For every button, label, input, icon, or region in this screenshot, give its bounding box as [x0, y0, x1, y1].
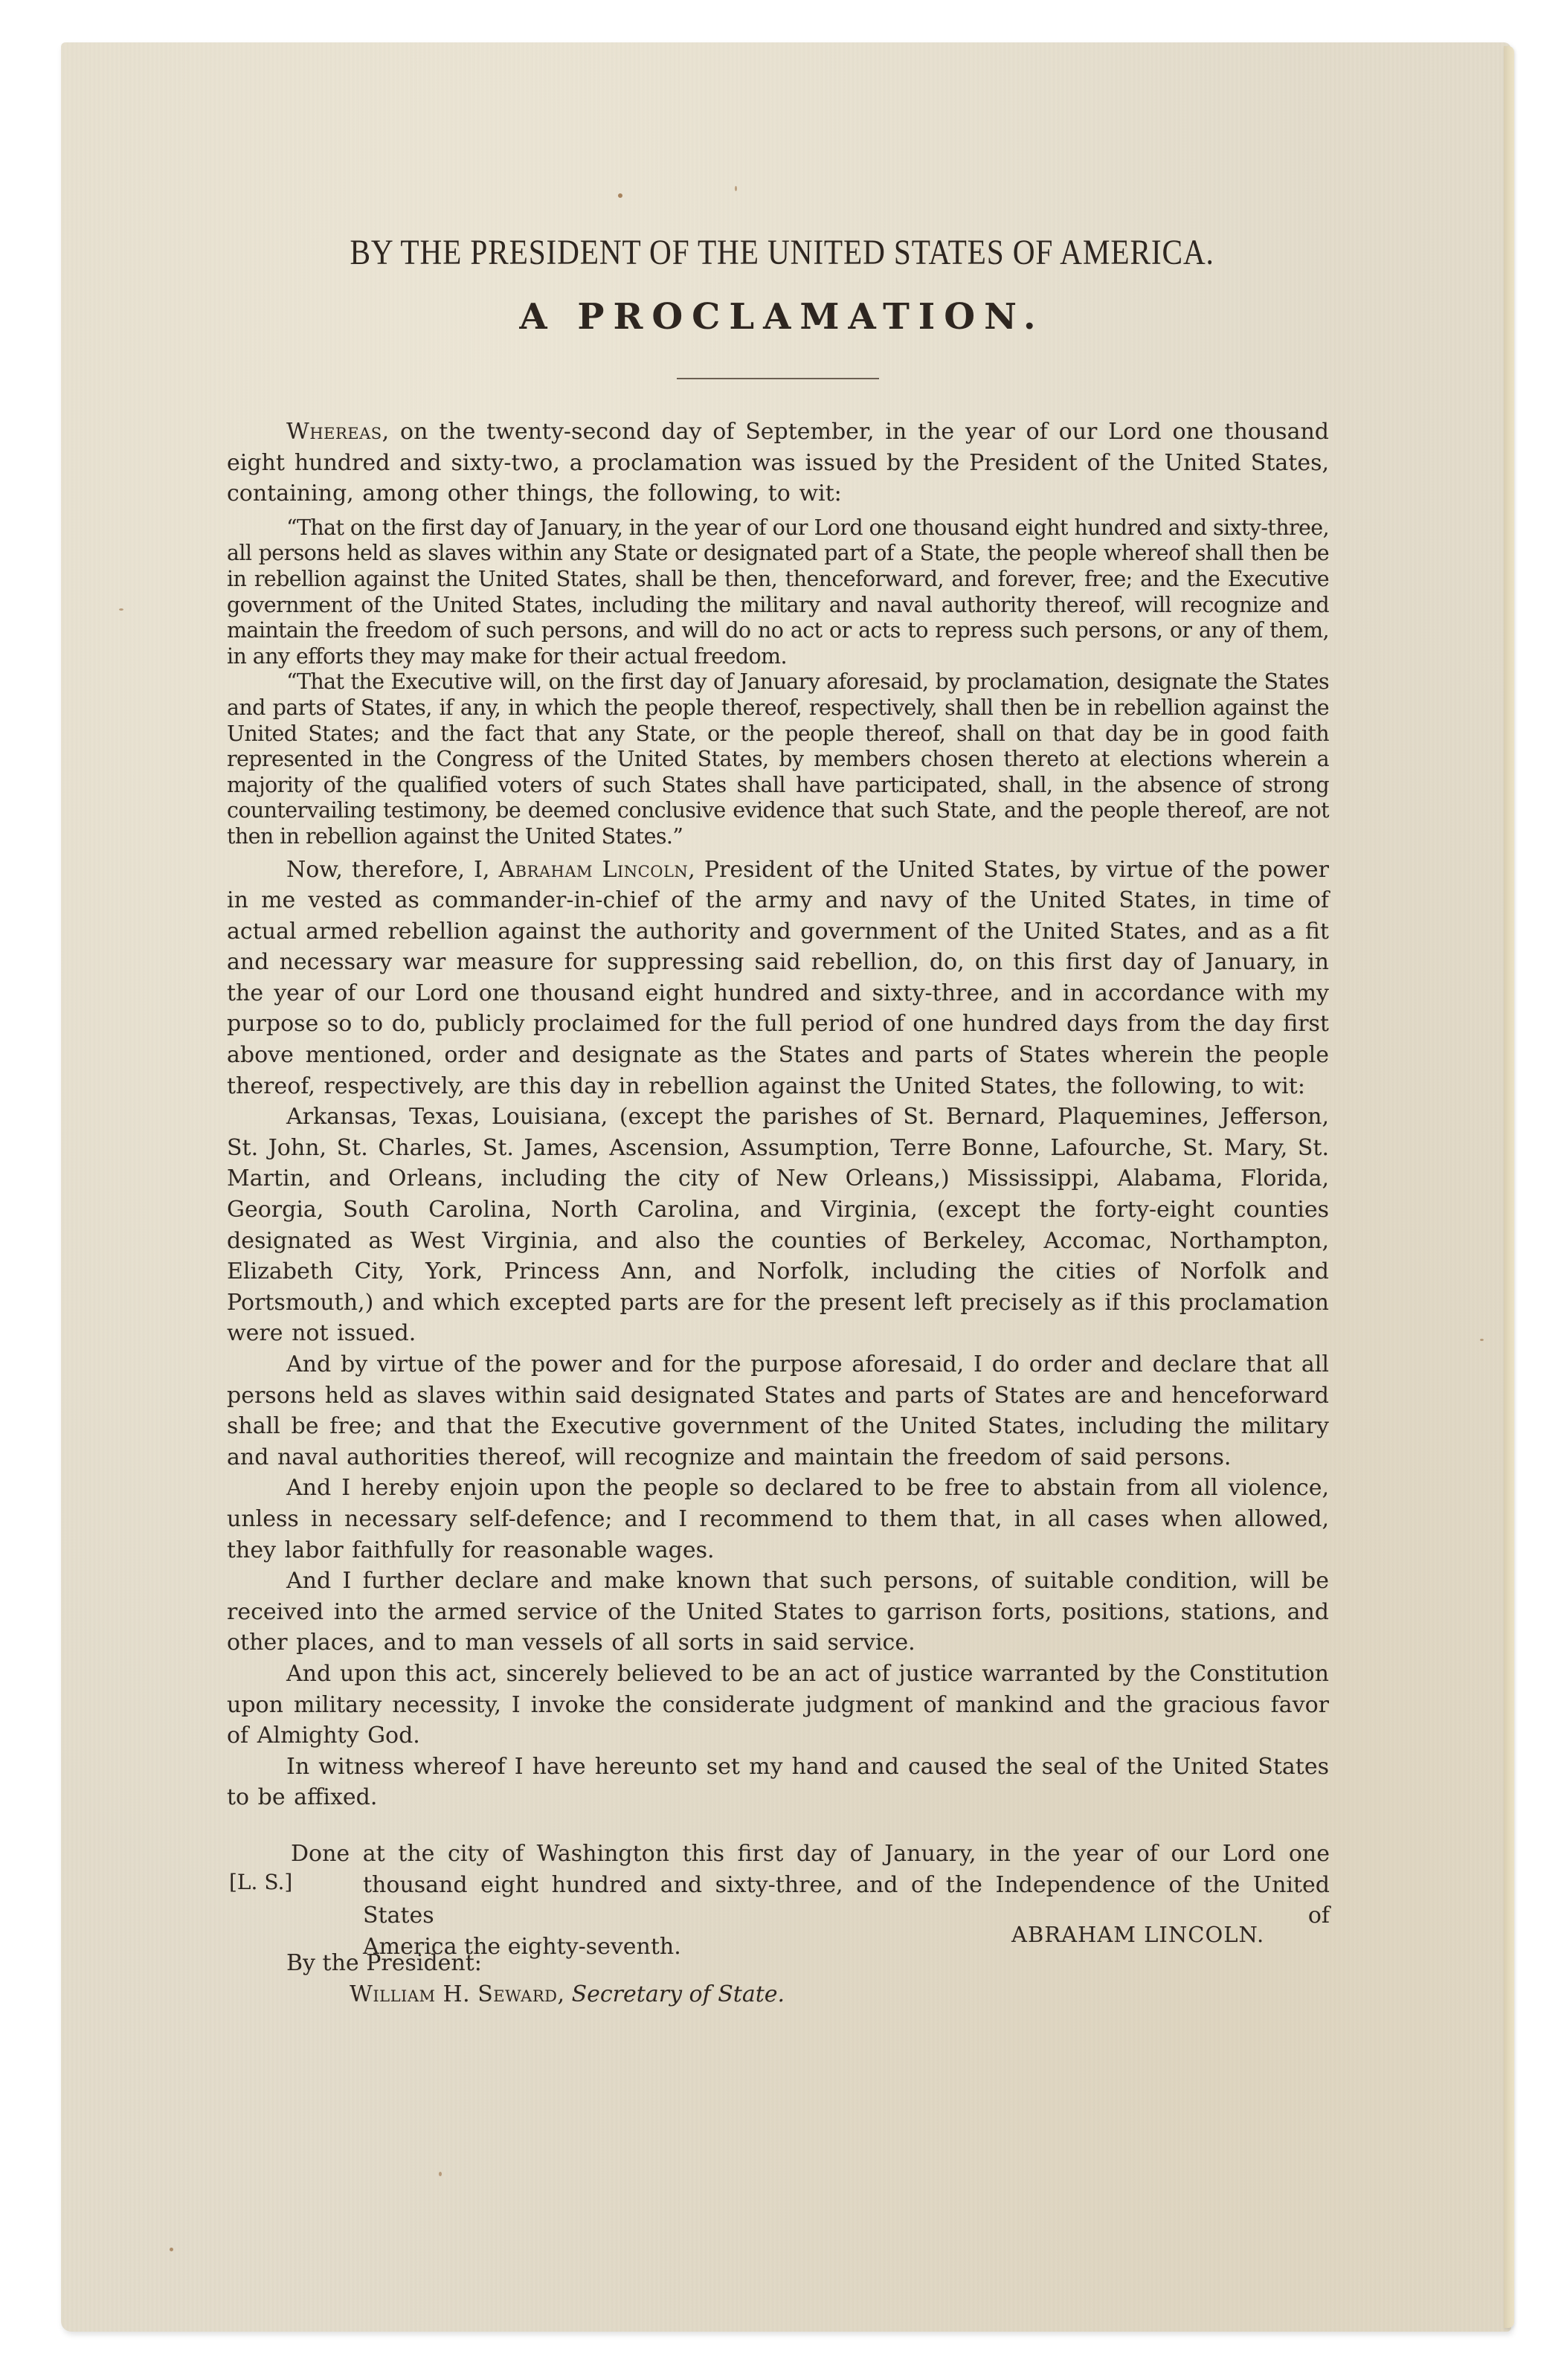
seward-title: Secretary of State. [572, 1981, 785, 2007]
body-text: Whereas, on the twenty-second day of Sep… [227, 416, 1329, 1813]
paper-speck [439, 2172, 442, 2176]
paragraph-now-therefore: Now, therefore, I, Abraham Lincoln, Pres… [227, 855, 1329, 1102]
attestation-label: By the President: [286, 1950, 482, 1976]
paragraph-witness: In witness whereof I have hereunto set m… [227, 1752, 1329, 1813]
paragraph-enjoin: And I hereby enjoin upon the people so d… [227, 1473, 1329, 1566]
paragraph-whereas: Whereas, on the twenty-second day of Sep… [227, 416, 1329, 509]
paper-speck [618, 193, 622, 198]
paragraph-order-declare: And by virtue of the power and for the p… [227, 1349, 1329, 1473]
title-divider [677, 378, 879, 379]
paragraph-armed-service: And I further declare and make known tha… [227, 1566, 1329, 1659]
paragraph-justice: And upon this act, sincerely believed to… [227, 1659, 1329, 1752]
paper-speck [735, 186, 737, 191]
paragraph-states-list: Arkansas, Texas, Louisiana, (except the … [227, 1101, 1329, 1349]
done-line: Done at the city of Washington this firs… [291, 1839, 1330, 1870]
paper-folded-edge [1504, 46, 1514, 2328]
seal-mark: [L. S.] [229, 1870, 292, 1894]
seward-name: William H. Seward [350, 1981, 558, 2007]
document-title: A PROCLAMATION. [0, 296, 1564, 338]
lincoln-name: Abraham Lincoln [498, 857, 688, 883]
paper-speck [119, 608, 123, 611]
quoted-paragraph: “That on the first day of January, in th… [227, 515, 1329, 670]
paper-speck [1480, 1339, 1484, 1341]
paper-speck [170, 2248, 173, 2251]
seward-attestation: William H. Seward, Secretary of State. [350, 1981, 785, 2007]
document-heading: BY THE PRESIDENT OF THE UNITED STATES OF… [109, 232, 1455, 273]
lead-word: Whereas [286, 419, 382, 445]
quoted-paragraph: “That the Executive will, on the first d… [227, 669, 1329, 849]
lincoln-signature: ABRAHAM LINCOLN. [1011, 1922, 1264, 1947]
